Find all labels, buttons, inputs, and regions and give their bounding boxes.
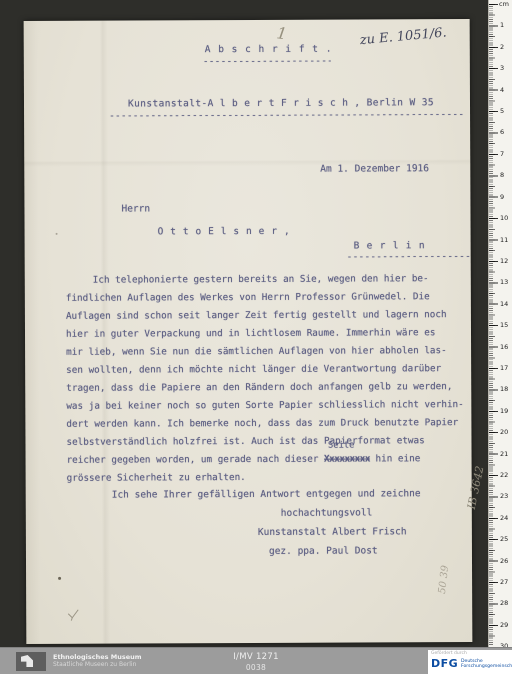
ruler-cm-label: 19: [500, 407, 508, 415]
body-line: findlichen Auflagen des Werkes von Herrn…: [66, 288, 466, 308]
body-line: mir lieb, wenn Sie nun die sämtlichen Au…: [66, 342, 466, 362]
ruler-cm-label: 2: [500, 43, 504, 51]
body-line: Auflagen sind schon seit langer Zeit fer…: [66, 306, 466, 326]
recipient-salutation: Herrn: [121, 203, 150, 214]
ruler-cm-label: 11: [500, 236, 508, 244]
ruler-cm-label: 14: [500, 300, 508, 308]
ruler-cm-label: 22: [500, 471, 508, 479]
closing-salutation: hochachtungsvoll: [281, 507, 373, 518]
ruler-cm-label: 1: [500, 21, 504, 29]
body-line11-pre: reicher gegeben worden, um gerade nach d…: [67, 454, 325, 466]
body-line: tragen, dass die Papiere an den Rändern …: [66, 378, 466, 398]
ruler-cm-ticks: [489, 4, 498, 646]
ruler-cm-label: 17: [500, 364, 508, 372]
ruler-cm-label: 9: [500, 193, 504, 201]
document-title: A b s c h r i f t .: [205, 44, 333, 56]
body-line: dert werden kann. Ich bemerke noch, dass…: [66, 414, 466, 434]
ruler-unit-label: cm: [499, 0, 509, 8]
closing-signature: gez. ppa. Paul Dost: [269, 545, 378, 556]
handwritten-file-reference: zu E. 1051/6.: [359, 25, 447, 48]
recipient-city-underline: ----------------------: [347, 251, 471, 263]
funding-label: Gefördert durch: [431, 651, 467, 656]
struck-out-word: Xxxxxxxxx: [324, 453, 370, 464]
ruler-cm-label: 24: [500, 514, 508, 522]
body-line: hier in guter Verpackung und in lichtlos…: [66, 324, 466, 344]
ruler-cm-label: 29: [500, 621, 508, 629]
pencil-vertical-number-note: 50 39: [435, 549, 453, 610]
body-line: Ich telephonierte gestern bereits an Sie…: [66, 270, 466, 290]
body-line: selbstverständlich holzfrei ist. Auch is…: [66, 432, 466, 452]
date-line: Am 1. Dezember 1916: [320, 163, 429, 174]
company-underline: ----------------------------------------…: [109, 109, 465, 122]
ruler-cm-label: 8: [500, 171, 504, 179]
ruler-cm-label: 7: [500, 150, 504, 158]
ruler-cm-label: 18: [500, 385, 508, 393]
ruler-cm-label: 3: [500, 64, 504, 72]
inserted-word: Seite: [328, 442, 355, 451]
ruler-cm-label: 4: [500, 86, 504, 94]
body-line: grössere Sicherheit zu erhalten.: [67, 468, 467, 488]
closing-company: Kunstanstalt Albert Frisch: [258, 526, 407, 538]
ruler-cm-label: 28: [500, 599, 508, 607]
pencil-check-mark: [66, 609, 80, 621]
ruler-cm-label: 10: [500, 214, 508, 222]
paper-speck: [58, 577, 61, 580]
body-line11-post: hin eine: [370, 453, 420, 464]
ruler-cm-label: 20: [500, 428, 508, 436]
body-line-with-correction: reicher gegeben worden, um gerade nach d…: [67, 450, 467, 470]
dfg-logo-box: Gefördert durch DFG Deutsche Forschungsg…: [428, 650, 512, 674]
archive-footer-bar: Ethnologisches Museum Staatliche Museen …: [0, 647, 512, 674]
pencil-page-marker: 1: [275, 23, 288, 43]
closing-sentence: Ich sehe Ihrer gefälligen Antwort entgeg…: [112, 488, 421, 500]
ruler-cm-label: 27: [500, 578, 508, 586]
ruler-cm-label: 25: [500, 535, 508, 543]
letter-page: 1 A b s c h r i f t . ------------------…: [24, 19, 473, 644]
title-underline: ----------------------: [203, 56, 331, 68]
ruler-cm-label: 15: [500, 321, 508, 329]
ruler-cm-label: 13: [500, 278, 508, 286]
ruler-cm-label: 5: [500, 107, 504, 115]
scanned-document-viewer: 1 A b s c h r i f t . ------------------…: [0, 0, 512, 674]
recipient-city: B e r l i n: [354, 240, 426, 251]
body-line: sen wollten, denn ich möchte nicht länge…: [66, 360, 466, 380]
ruler-cm-label: 26: [500, 557, 508, 565]
ruler-cm-label: 23: [500, 492, 508, 500]
ruler: cm 1234567891011121314151617181920212223…: [488, 0, 512, 650]
body-line: was ja bei keiner noch so guten Sorte Pa…: [66, 396, 466, 416]
typed-correction: SeiteXxxxxxxxx: [324, 450, 370, 468]
letter-body: Ich telephonierte gestern bereits an Sie…: [66, 270, 467, 488]
ruler-cm-label: 16: [500, 343, 508, 351]
ruler-cm-label: 6: [500, 128, 504, 136]
paper-speck: [56, 233, 58, 235]
sender-company-line: Kunstanstalt-A l b e r t F r i s c h , B…: [128, 97, 434, 109]
recipient-name: O t t o E l s n e r ,: [158, 226, 291, 238]
ruler-cm-label: 12: [500, 257, 508, 265]
ruler-cm-label: 21: [500, 450, 508, 458]
dfg-full-name: Deutsche Forschungsgemeinschaft: [461, 659, 512, 670]
dfg-logo: DFG: [431, 657, 458, 670]
